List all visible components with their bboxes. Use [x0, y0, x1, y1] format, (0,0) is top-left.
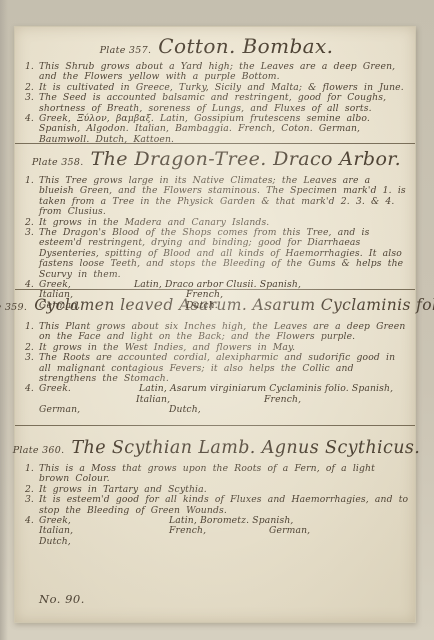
item-text: The Seed is accounted balsamic and restr… — [39, 93, 410, 114]
plate-label: Plate 359. — [0, 303, 27, 313]
item-text: This Shrub grows about a Yard high; the … — [39, 62, 410, 83]
plate-label: Plate 357. — [100, 46, 152, 56]
language-cell: Dutch, — [169, 405, 201, 415]
language-row: German, Dutch. — [39, 301, 410, 311]
section-title: The Dragon-Tree. Draco Arbor. — [91, 150, 402, 169]
entry-item: 3. The Dragon's Blood of the Shops comes… — [23, 228, 410, 280]
section-plate-357: Plate 357. Cotton. Bombax. 1. This Shrub… — [23, 27, 410, 143]
item-text: The Dragon's Blood of the Shops comes fr… — [39, 228, 410, 280]
item-text: This Plant grows about six Inches high, … — [39, 322, 410, 343]
item-number: 3. — [23, 495, 39, 505]
section-header: Plate 360. The Scythian Lamb. Agnus Scyt… — [23, 440, 410, 462]
language-row: Italian, French, — [39, 395, 410, 405]
entry-item-languages: 4. Greek, Latin, Borometz. Spanish, Ital… — [23, 516, 410, 547]
language-cell: Greek. — [39, 384, 71, 394]
section-header: Plate 358. The Dragon-Tree. Draco Arbor. — [23, 150, 410, 174]
item-text: The Roots are accounted cordial, alexiph… — [39, 353, 410, 384]
entry-item: 1. This is a Moss that grows upon the Ro… — [23, 464, 410, 485]
section-title: Cotton. Bombax. — [158, 36, 333, 56]
item-text: It is esteem'd good for all kinds of Flu… — [39, 495, 410, 516]
entry-item: 3. The Roots are accounted cordial, alex… — [23, 353, 410, 384]
entry-item: 3. The Seed is accounted balsamic and re… — [23, 93, 410, 114]
entry-item: 4. Greek, Ξύλον, βαμβαξ. Latin, Gossipiu… — [23, 114, 410, 145]
language-row: Italian, French, German, — [39, 526, 410, 536]
language-cell: Dutch, — [39, 537, 71, 547]
language-row: Greek, Latin, Borometz. Spanish, — [39, 516, 410, 526]
language-table: Greek, Latin, Draco arbor Clusii. Spanis… — [39, 280, 410, 311]
page-number: No. 90. — [39, 592, 85, 606]
language-row: Dutch, — [39, 537, 410, 547]
language-cell: Italian, — [136, 395, 170, 405]
section-title: The Scythian Lamb. Agnus Scythicus. — [71, 440, 420, 458]
section-plate-358: Plate 358. The Dragon-Tree. Draco Arbor.… — [23, 144, 410, 289]
language-row: Greek. Latin, Asarum virginiarum Cyclami… — [39, 384, 410, 394]
language-row: German, Dutch, — [39, 405, 410, 415]
item-number: 1. — [23, 322, 39, 332]
section-plate-360: Plate 360. The Scythian Lamb. Agnus Scyt… — [23, 426, 410, 547]
item-number: 3. — [23, 228, 39, 238]
item-number: 4. — [23, 114, 39, 124]
plate-label: Plate 360. — [13, 446, 65, 456]
language-row: Greek, Latin, Draco arbor Clusii. Spanis… — [39, 280, 410, 290]
language-row: Italian, French, — [39, 290, 410, 300]
item-number: 4. — [23, 280, 39, 290]
item-number: 3. — [23, 353, 39, 363]
item-text: Greek, Ξύλον, βαμβαξ. Latin, Gossipium f… — [39, 114, 410, 145]
entry-item-languages: 4. Greek, Latin, Draco arbor Clusii. Spa… — [23, 280, 410, 311]
item-number: 1. — [23, 464, 39, 474]
item-number: 1. — [23, 62, 39, 72]
language-table: Greek. Latin, Asarum virginiarum Cyclami… — [39, 384, 410, 415]
item-number: 4. — [23, 516, 39, 526]
language-cell: French, — [169, 526, 206, 536]
language-cell: German, — [39, 301, 80, 311]
entry-item: 1. This Plant grows about six Inches hig… — [23, 322, 410, 343]
entry-item-languages: 4. Greek. Latin, Asarum virginiarum Cycl… — [23, 384, 410, 415]
entry-item: 3. It is esteem'd good for all kinds of … — [23, 495, 410, 516]
language-cell: Dutch. — [186, 301, 218, 311]
item-text: This Tree grows large in its Native Clim… — [39, 176, 410, 218]
entry-item: 1. This Shrub grows about a Yard high; t… — [23, 62, 410, 83]
language-table: Greek, Latin, Borometz. Spanish, Italian… — [39, 516, 410, 547]
section-header: Plate 357. Cotton. Bombax. — [23, 36, 410, 60]
item-text: This is a Moss that grows upon the Roots… — [39, 464, 410, 485]
scanned-page: Plate 357. Cotton. Bombax. 1. This Shrub… — [14, 26, 416, 623]
language-cell: French, — [264, 395, 301, 405]
item-number: 3. — [23, 93, 39, 103]
entry-item: 1. This Tree grows large in its Native C… — [23, 176, 410, 218]
item-number: 1. — [23, 176, 39, 186]
language-cell: German, — [269, 526, 310, 536]
item-number: 4. — [23, 384, 39, 394]
language-cell: German, — [39, 405, 80, 415]
plate-label: Plate 358. — [32, 158, 84, 168]
